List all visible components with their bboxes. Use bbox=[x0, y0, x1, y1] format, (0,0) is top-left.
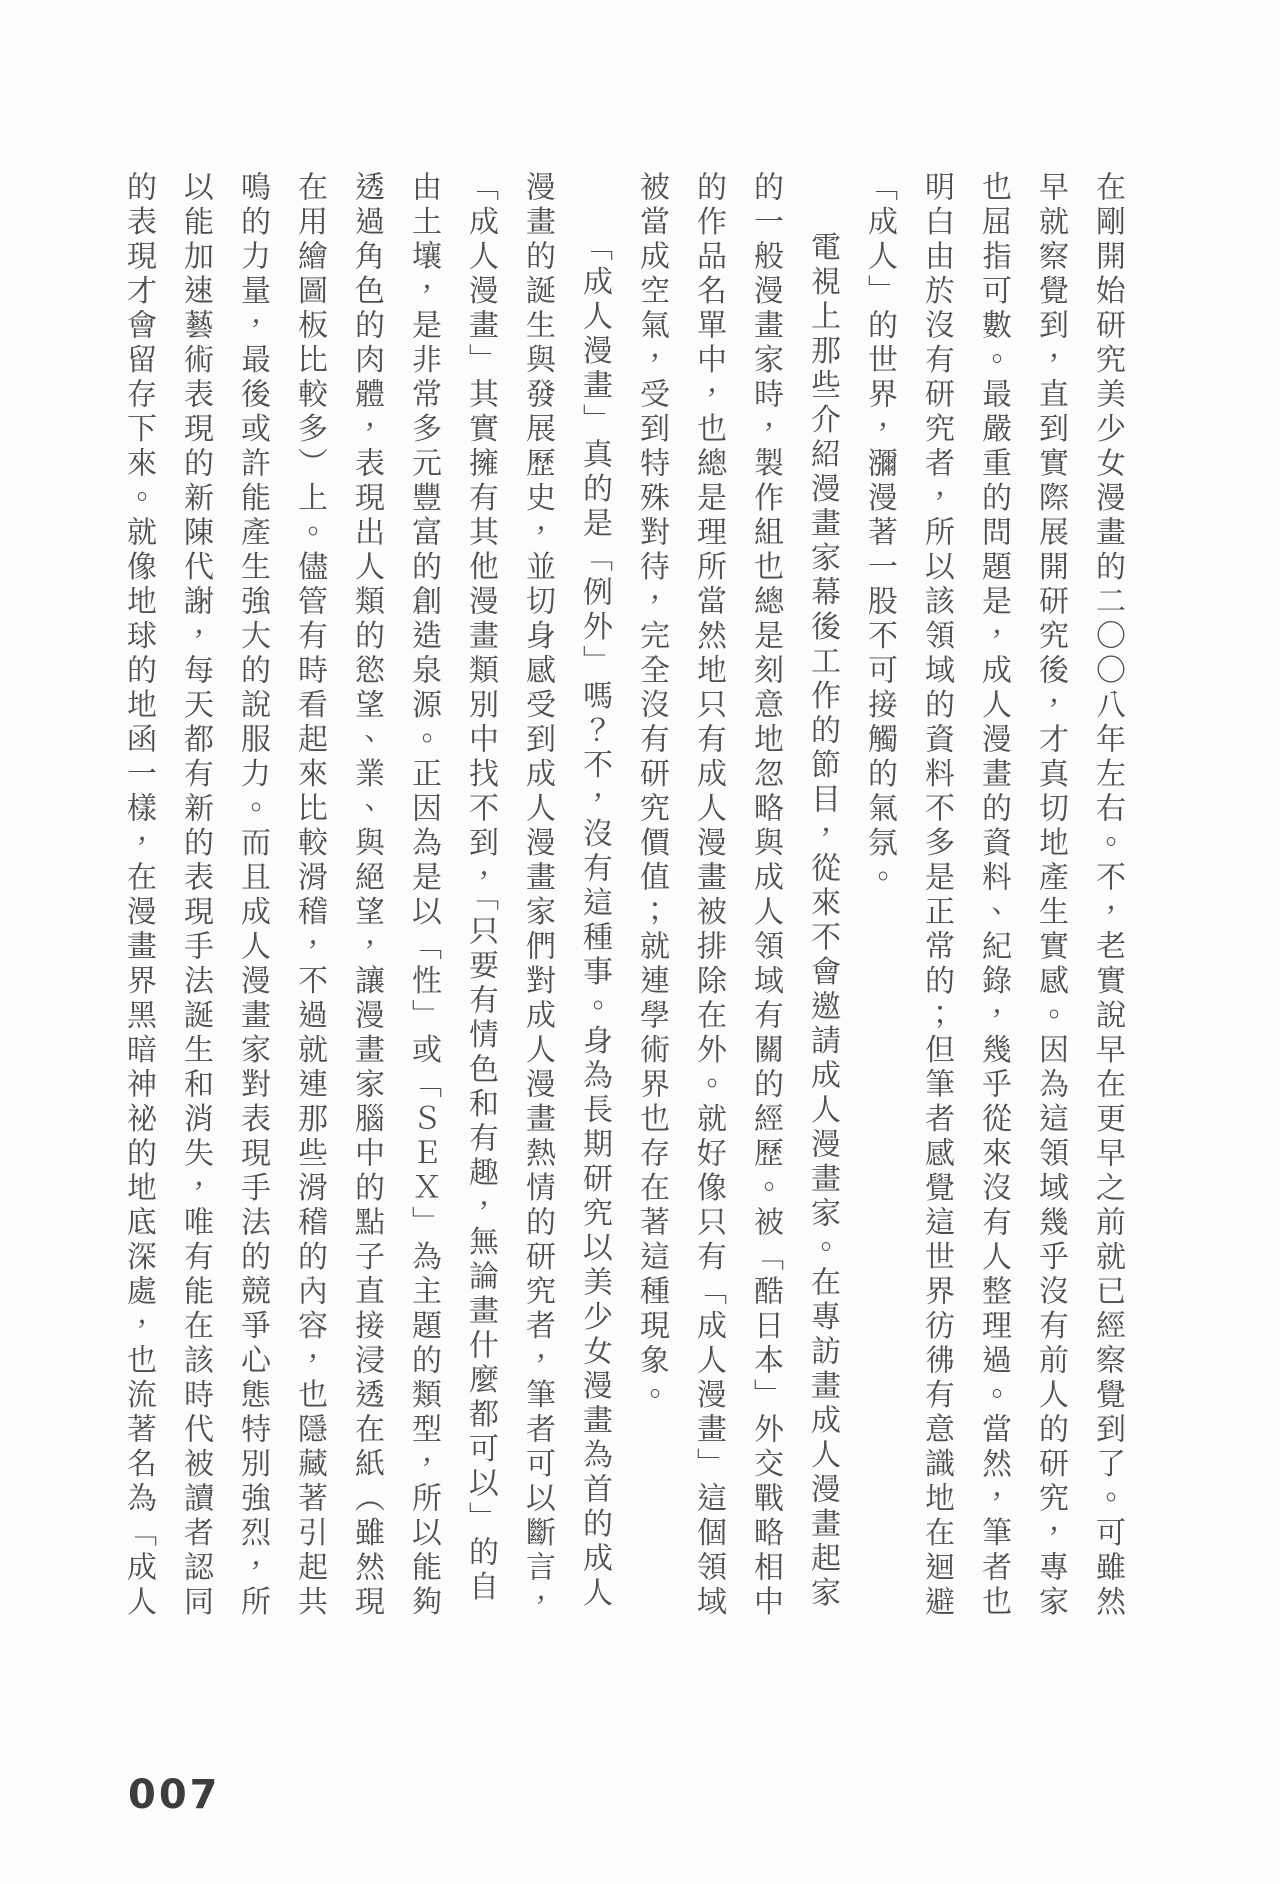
text-column-paragraph-start: 電視上那些介紹漫畫家幕後工作的節目，從來不會邀請成人漫畫家。在專訪畫成人漫畫起家 bbox=[794, 171, 851, 1636]
text-column: 以能加速藝術表現的新陳代謝，每天都有新的表現手法誕生和消失，唯有能在該時代被讀者… bbox=[167, 171, 224, 1636]
text-column: 早就察覺到，直到實際展開研究後，才真切地產生實感。因為這領域幾乎沒有前人的研究，… bbox=[1022, 171, 1079, 1636]
text-column: 明白由於沒有研究者，所以該領域的資料不多是正常的；但筆者感覺這世界彷彿有意識地在… bbox=[908, 171, 965, 1636]
book-page: 在剛開始研究美少女漫畫的二〇〇八年左右。不，老實說早在更早之前就已經察覺到了。可… bbox=[0, 0, 1280, 1884]
text-column: 在剛開始研究美少女漫畫的二〇〇八年左右。不，老實說早在更早之前就已經察覺到了。可… bbox=[1079, 171, 1136, 1636]
text-column: 在用繪圖板比較多）上。儘管有時看起來比較滑稽，不過就連那些滑稽的內容，也隱藏著引… bbox=[281, 171, 338, 1636]
text-column: 鳴的力量，最後或許能產生強大的說服力。而且成人漫畫家對表現手法的競爭心態特別強烈… bbox=[224, 171, 281, 1636]
text-column: 被當成空氣，受到特殊對待，完全沒有研究價值；就連學術界也存在著這種現象。 bbox=[623, 171, 680, 1636]
text-column: 的一般漫畫家時，製作組也總是刻意地忽略與成人領域有關的經歷。被「酷日本」外交戰略… bbox=[737, 171, 794, 1636]
text-column: 也屈指可數。最嚴重的問題是，成人漫畫的資料、紀錄，幾乎從來沒有人整理過。當然，筆… bbox=[965, 171, 1022, 1636]
text-column-paragraph-start: 「成人漫畫」真的是「例外」嗎？不，沒有這種事。身為長期研究以美少女漫畫為首的成人 bbox=[566, 171, 623, 1636]
text-column: 的作品名單中，也總是理所當然地只有成人漫畫被排除在外。就好像只有「成人漫畫」這個… bbox=[680, 171, 737, 1636]
text-column: 「成人」的世界，瀰漫著一股不可接觸的氣氛。 bbox=[851, 171, 908, 1636]
body-text: 在剛開始研究美少女漫畫的二〇〇八年左右。不，老實說早在更早之前就已經察覺到了。可… bbox=[110, 171, 1136, 1636]
page-number: 007 bbox=[128, 1772, 221, 1818]
text-column: 漫畫的誕生與發展歷史，並切身感受到成人漫畫家們對成人漫畫熱情的研究者，筆者可以斷… bbox=[509, 171, 566, 1636]
text-column: 由土壤，是非常多元豐富的創造泉源。正因為是以「性」或「ＳＥＸ」為主題的類型，所以… bbox=[395, 171, 452, 1636]
text-column: 「成人漫畫」其實擁有其他漫畫類別中找不到，「只要有情色和有趣，無論畫什麼都可以」… bbox=[452, 171, 509, 1636]
text-column: 的表現才會留存下來。就像地球的地函一樣，在漫畫界黑暗神祕的地底深處，也流著名為「… bbox=[110, 171, 167, 1636]
text-column: 透過角色的肉體，表現出人類的慾望、業、與絕望，讓漫畫家腦中的點子直接浸透在紙（雖… bbox=[338, 171, 395, 1636]
